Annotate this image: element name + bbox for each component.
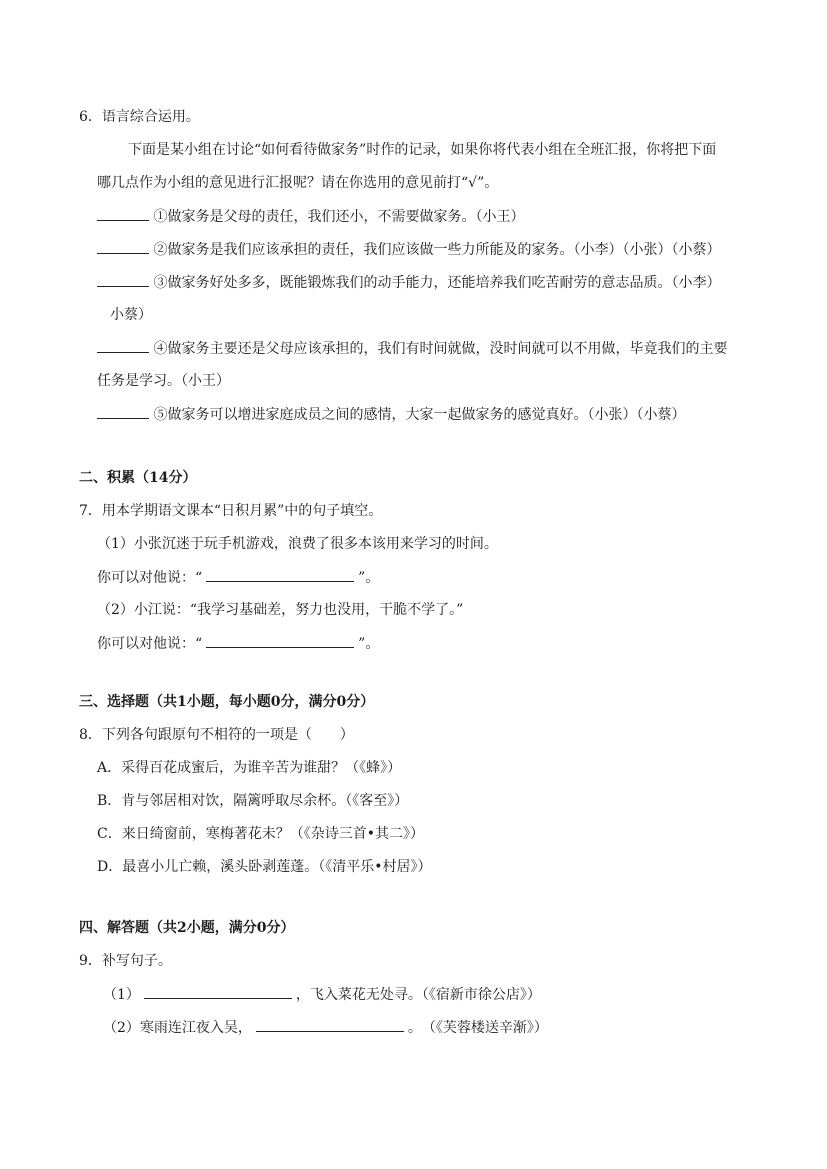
item-text: ⑤做家务可以增进家庭成员之间的感情，大家一起做家务的感觉真好。（小张）（小蔡） (153, 407, 685, 423)
answer-blank[interactable] (206, 567, 354, 582)
q7-say2: 你可以对他说：“”。 (97, 633, 379, 654)
item-text: ③做家务好处多多，既能锻炼我们的动手能力，还能培养我们吃苦耐劳的意志品质。（小李… (153, 275, 720, 291)
p-prefix: （2）寒雨连江夜入吴， (103, 1020, 252, 1036)
q6-item-5: ⑤做家务可以增进家庭成员之间的感情，大家一起做家务的感觉真好。（小张）（小蔡） (97, 404, 685, 425)
q6-intro-line1: 下面是某小组在讨论“如何看待做家务”时作的记录，如果你将代表小组在全班汇报，你将… (128, 140, 716, 160)
answer-blank[interactable] (97, 239, 149, 254)
p-prefix: （1） (103, 987, 140, 1003)
answer-blank[interactable] (97, 338, 149, 353)
q6-item-1: ①做家务是父母的责任，我们还小，不需要做家务。（小王） (97, 206, 524, 227)
q8-title: 8．下列各句跟原句不相符的一项是（ ） (79, 725, 354, 745)
q9-title: 9．补写句子。 (79, 951, 172, 971)
q8-option-b[interactable]: B．肯与邻居相对饮，隔篱呼取尽余杯。（《客至》） (97, 791, 408, 811)
answer-blank[interactable] (97, 272, 149, 287)
answer-blank[interactable] (206, 633, 354, 648)
q6-title: 6．语言综合运用。 (79, 107, 200, 127)
item-text: ②做家务是我们应该承担的责任，我们应该做一些力所能及的家务。（小李）（小张）（小… (153, 242, 720, 258)
p-suffix: 。 （《芙蓉楼送辛渐》） (408, 1020, 548, 1036)
q7-p1: （1）小张沉迷于玩手机游戏，浪费了很多本该用来学习的时间。 (97, 534, 498, 554)
item-text: ④做家务主要还是父母应该承担的，我们有时间就做，没时间就可以不用做，毕竟我们的主… (153, 341, 727, 357)
say-prefix: 你可以对他说：“ (97, 570, 202, 586)
q6-item-4: ④做家务主要还是父母应该承担的，我们有时间就做，没时间就可以不用做，毕竟我们的主… (97, 338, 727, 359)
section2-heading: 二、积累（14分） (79, 468, 196, 488)
q8-option-d[interactable]: D．最喜小儿亡赖，溪头卧剥莲蓬。（《清平乐•村居》） (97, 857, 431, 877)
q8-option-c[interactable]: C．来日绮窗前，寒梅著花未？（《杂诗三首•其二》） (97, 824, 424, 844)
answer-blank[interactable] (256, 1017, 404, 1032)
q6-intro-line2: 哪几点作为小组的意见进行汇报呢？请在你选用的意见前打“√”。 (97, 173, 498, 193)
section3-heading: 三、选择题（共1小题，每小题0分，满分0分） (79, 692, 374, 712)
q6-item-2: ②做家务是我们应该承担的责任，我们应该做一些力所能及的家务。（小李）（小张）（小… (97, 239, 720, 260)
q7-say1: 你可以对他说：“”。 (97, 567, 379, 588)
answer-blank[interactable] (97, 206, 149, 221)
answer-blank[interactable] (144, 984, 292, 999)
q6-item-3-cont: 小蔡） (110, 305, 152, 325)
say-suffix: ”。 (358, 570, 379, 586)
item-text: ①做家务是父母的责任，我们还小，不需要做家务。（小王） (153, 209, 524, 225)
q7-title: 7．用本学期语文课本“日积月累”中的句子填空。 (79, 501, 382, 521)
say-prefix: 你可以对他说：“ (97, 636, 202, 652)
p-suffix: ，飞入菜花无处寻。（《宿新市徐公店》） (296, 987, 541, 1003)
answer-blank[interactable] (97, 404, 149, 419)
q6-item-4-cont: 任务是学习。（小王） (97, 371, 230, 391)
say-suffix: ”。 (358, 636, 379, 652)
q9-p2: （2）寒雨连江夜入吴，。 （《芙蓉楼送辛渐》） (103, 1017, 548, 1038)
q9-p1: （1），飞入菜花无处寻。（《宿新市徐公店》） (103, 984, 541, 1005)
q7-p2: （2）小江说：“我学习基础差，努力也没用，干脆不学了。” (97, 600, 463, 620)
q6-item-3: ③做家务好处多多，既能锻炼我们的动手能力，还能培养我们吃苦耐劳的意志品质。（小李… (97, 272, 720, 293)
section4-heading: 四、解答题（共2小题，满分0分） (79, 918, 294, 938)
q8-option-a[interactable]: A．采得百花成蜜后，为谁辛苦为谁甜？（《蜂》） (97, 758, 401, 778)
